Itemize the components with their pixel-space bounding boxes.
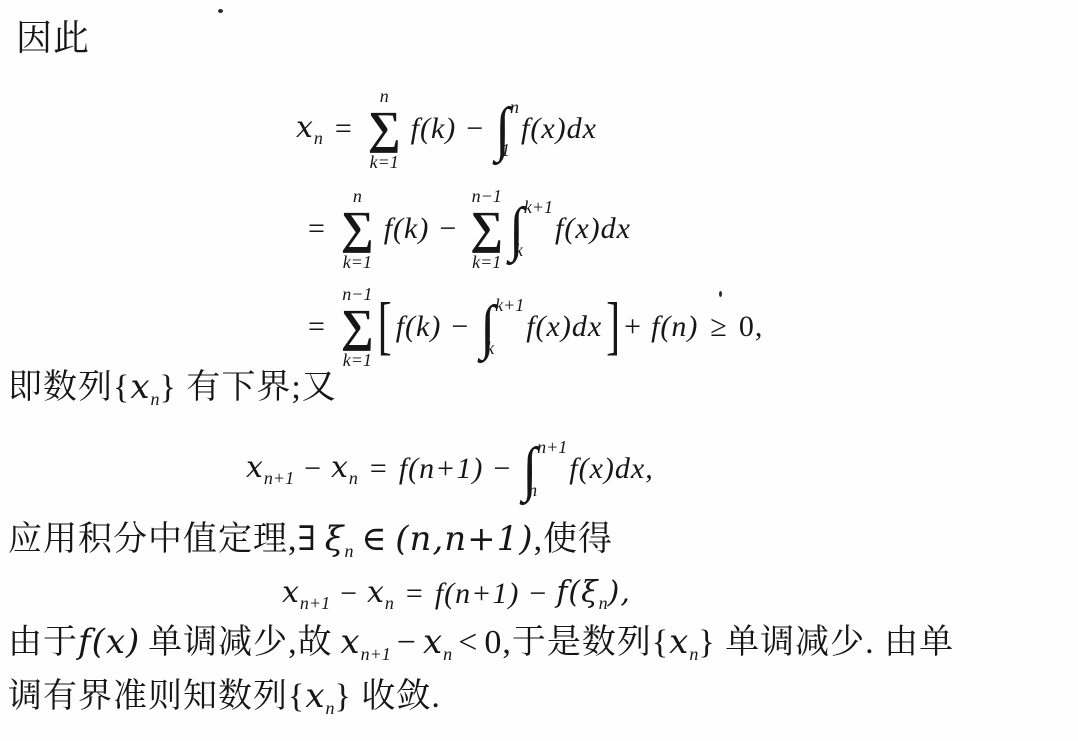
function-fx: f(x) bbox=[78, 622, 140, 662]
integral-upper-limit: n bbox=[510, 97, 519, 118]
var-subscript: n+1 bbox=[264, 468, 294, 488]
minus-sign: − bbox=[451, 310, 468, 344]
sum-operator: n ∑ k=1 bbox=[368, 87, 401, 171]
text-segment: 单调减少. 由单 bbox=[716, 624, 955, 661]
sum-operator: n−1 ∑ k=1 bbox=[470, 187, 503, 271]
minus-sign: − bbox=[439, 212, 456, 246]
close-brace: } bbox=[698, 624, 715, 661]
var-subscript: n bbox=[349, 468, 358, 488]
text-segment: 单调减少,故 bbox=[148, 624, 333, 661]
equals-sign: = bbox=[308, 212, 325, 246]
equation-difference: xn+1 − xn = f(n+1) − ∫ n+1n f(x)dx, bbox=[246, 424, 654, 514]
term-fxdx: f(x)dx bbox=[555, 212, 631, 246]
open-brace: { bbox=[652, 624, 669, 661]
integral-operator: ∫ n+1n bbox=[522, 437, 567, 501]
var-base: x bbox=[331, 450, 349, 485]
var-subscript: n bbox=[599, 593, 608, 613]
equation-mvt-result: xn+1 − xn = f(n+1) − f(ξn), bbox=[282, 568, 631, 620]
integral-icon: ∫ bbox=[480, 297, 495, 357]
text-segment: 应用积分中值定理, bbox=[8, 521, 298, 558]
sum-operator: n−1 ∑ k=1 bbox=[341, 285, 374, 369]
sigma-icon: ∑ bbox=[368, 106, 401, 150]
integral-icon: ∫ bbox=[509, 199, 524, 259]
minus-sign: − bbox=[529, 577, 546, 611]
exists-symbol: ∃ bbox=[298, 521, 317, 558]
equation-line-3: = n−1 ∑ k=1 [ f(k) − ∫ k+1k f(x)dx ] + f… bbox=[308, 278, 763, 376]
minus-sign: − bbox=[304, 452, 321, 486]
equals-sign: = bbox=[406, 577, 423, 611]
equation-line-1: xn = n ∑ k=1 f(k) − ∫ n1 f(x)dx bbox=[296, 82, 597, 176]
text-segment: 调有界准则知数列 bbox=[8, 678, 288, 715]
text-segment: 收敛. bbox=[352, 678, 441, 715]
var-base: x bbox=[130, 367, 150, 407]
term-zero: 0 bbox=[484, 624, 502, 661]
var-base: x bbox=[423, 622, 443, 662]
integral-upper-limit: k+1 bbox=[524, 197, 553, 218]
variable-xn: xn bbox=[331, 450, 358, 489]
sum-operator: n ∑ k=1 bbox=[341, 187, 374, 271]
var-subscript: n bbox=[345, 541, 354, 561]
minus-sign: − bbox=[466, 112, 483, 146]
var-base: x bbox=[367, 575, 385, 610]
paragraph-conclusion: 调有界准则知数列{xn} 收敛. bbox=[8, 672, 441, 732]
var-subscript: n bbox=[689, 644, 698, 664]
text-segment: ,于是数列 bbox=[502, 624, 652, 661]
var-base: x bbox=[340, 622, 360, 662]
var-subscript: n bbox=[151, 389, 160, 409]
var-subscript: n bbox=[314, 128, 323, 148]
sigma-icon: ∑ bbox=[341, 304, 374, 348]
xi-variable: ξ bbox=[325, 519, 345, 559]
equals-sign: = bbox=[335, 112, 352, 146]
term-fxdx: f(x)dx, bbox=[569, 452, 653, 486]
var-subscript: n bbox=[326, 698, 335, 718]
term-fk: f(k) bbox=[384, 212, 430, 246]
close-bracket: ] bbox=[606, 294, 620, 359]
term-zero: 0, bbox=[739, 310, 764, 344]
var-base: x bbox=[296, 110, 314, 145]
element-of-symbol: ∈ bbox=[361, 521, 387, 558]
term-fxdx: f(x)dx bbox=[526, 310, 602, 344]
minus-sign: − bbox=[340, 577, 357, 611]
term-fn1: f(n+1) bbox=[435, 577, 520, 611]
term-fk: f(k) bbox=[396, 310, 442, 344]
open-brace: { bbox=[113, 369, 130, 406]
integral-upper-limit: k+1 bbox=[495, 295, 524, 316]
text-segment: 有下界;又 bbox=[177, 369, 337, 406]
text-segment: ,使得 bbox=[534, 521, 614, 558]
var-base: x bbox=[246, 450, 264, 485]
equals-sign: = bbox=[370, 452, 387, 486]
sum-lower-limit: k=1 bbox=[343, 253, 372, 271]
sum-lower-limit: k=1 bbox=[472, 253, 501, 271]
var-subscript: n+1 bbox=[361, 644, 391, 664]
variable-xn1: xn+1 bbox=[282, 575, 330, 614]
close-brace: } bbox=[335, 678, 352, 715]
integral-upper-limit: n+1 bbox=[537, 437, 567, 458]
paragraph-lower-bound: 即数列{xn} 有下界;又 bbox=[8, 363, 337, 423]
var-subscript: n bbox=[443, 644, 452, 664]
variable-xn1: xn+1 bbox=[246, 450, 294, 489]
variable-xn: xn bbox=[296, 110, 323, 149]
integral-operator: ∫ k+1k bbox=[509, 197, 553, 261]
term-fxi: f(ξn), bbox=[556, 575, 631, 614]
var-subscript: n+1 bbox=[300, 593, 330, 613]
open-brace: { bbox=[288, 678, 305, 715]
sum-lower-limit: k=1 bbox=[370, 153, 399, 171]
minus-sign: − bbox=[397, 624, 417, 661]
geq-sign: ≥ bbox=[710, 310, 726, 344]
term-tail: ), bbox=[608, 575, 631, 610]
interval-expression: (n,n+1) bbox=[395, 519, 533, 559]
term-fn: f(n) bbox=[651, 310, 698, 344]
less-than-sign: < bbox=[458, 624, 478, 661]
integral-operator: ∫ k+1k bbox=[480, 295, 524, 359]
var-base: x bbox=[669, 622, 689, 662]
var-subscript: n bbox=[385, 593, 394, 613]
integral-operator: ∫ n1 bbox=[495, 97, 519, 161]
equation-line-2: = n ∑ k=1 f(k) − n−1 ∑ k=1 ∫ k+1k f(x)dx bbox=[308, 180, 631, 278]
scanned-page: 因此 xn = n ∑ k=1 f(k) − ∫ n1 f(x)dx = n bbox=[0, 0, 1078, 741]
term-fn1: f(n+1) bbox=[399, 452, 484, 486]
integral-icon: ∫ bbox=[522, 439, 537, 499]
paragraph-mvt: 应用积分中值定理,∃ ξn ∈ (n,n+1),使得 bbox=[8, 515, 613, 575]
minus-sign: − bbox=[493, 452, 510, 486]
text-segment: 由于 bbox=[8, 624, 78, 661]
term-fk: f(k) bbox=[411, 112, 457, 146]
close-brace: } bbox=[160, 369, 177, 406]
open-bracket: [ bbox=[378, 294, 392, 359]
variable-xn: xn bbox=[367, 575, 394, 614]
var-base: x bbox=[282, 575, 300, 610]
term-head: f(ξ bbox=[556, 575, 598, 610]
sigma-icon: ∑ bbox=[341, 206, 374, 250]
integral-icon: ∫ bbox=[495, 99, 510, 159]
term-fxdx: f(x)dx bbox=[521, 112, 597, 146]
var-base: x bbox=[305, 676, 325, 716]
intro-text: 因此 bbox=[16, 14, 90, 62]
sum-lower-limit: k=1 bbox=[343, 351, 372, 369]
paragraph-monotone: 由于f(x) 单调减少,故 xn+1−xn<0,于是数列{xn} 单调减少. 由… bbox=[8, 618, 954, 678]
plus-sign: + bbox=[624, 310, 641, 344]
equals-sign: = bbox=[308, 310, 325, 344]
text-segment: 即数列 bbox=[8, 369, 113, 406]
sigma-icon: ∑ bbox=[470, 206, 503, 250]
scan-artifact-dot bbox=[218, 9, 223, 13]
